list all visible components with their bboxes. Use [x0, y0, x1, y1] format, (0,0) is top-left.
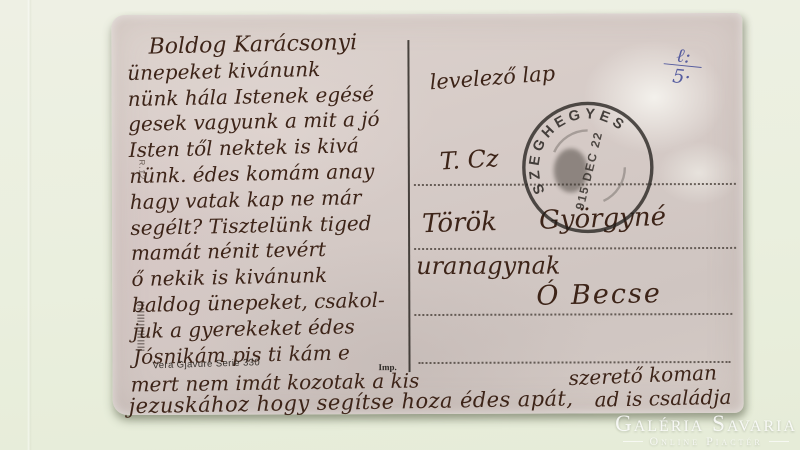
addressee-line2: uranagynak [416, 252, 560, 281]
address-dotted-line [414, 245, 736, 250]
blue-pencil-note: ℓ: 5· [662, 45, 704, 89]
monogram-script: T. Cz [439, 144, 499, 175]
message-text-block: Boldog Karácsonyi ünepeket kivánunk nünk… [126, 29, 423, 370]
watermark-subtitle-text: Online Piactér [649, 435, 762, 448]
bottom-script-line: ad is családja [594, 385, 731, 412]
scan-edge-highlight [27, 0, 32, 450]
printer-side-mark: R.12. [137, 159, 146, 183]
postcard-back: Boldog Karácsonyi ünepeket kivánunk nünk… [111, 13, 743, 415]
watermark-title: Galéria Savaria [615, 413, 797, 435]
watermark-subtitle: Online Piactér [615, 435, 797, 448]
watermark-rule [769, 441, 789, 442]
postmark-stamp: SZEGHEGYES 915 DEC 22 [513, 92, 664, 243]
destination-town: Ó Becse [536, 278, 662, 312]
scanned-postcard-photo: Boldog Karácsonyi ünepeket kivánunk nünk… [0, 0, 800, 450]
blue-note-denominator: 5· [662, 63, 702, 89]
watermark: Galéria Savaria Online Piactér [615, 413, 797, 448]
watermark-rule [623, 441, 643, 442]
levelezolap-script: levelező lap [429, 61, 556, 94]
blue-note-numerator: ℓ: [676, 46, 692, 65]
printer-side-strip [137, 301, 144, 351]
series-imprint: Vera Gjavure Serie 330 [152, 357, 260, 371]
address-dotted-line [414, 311, 732, 316]
